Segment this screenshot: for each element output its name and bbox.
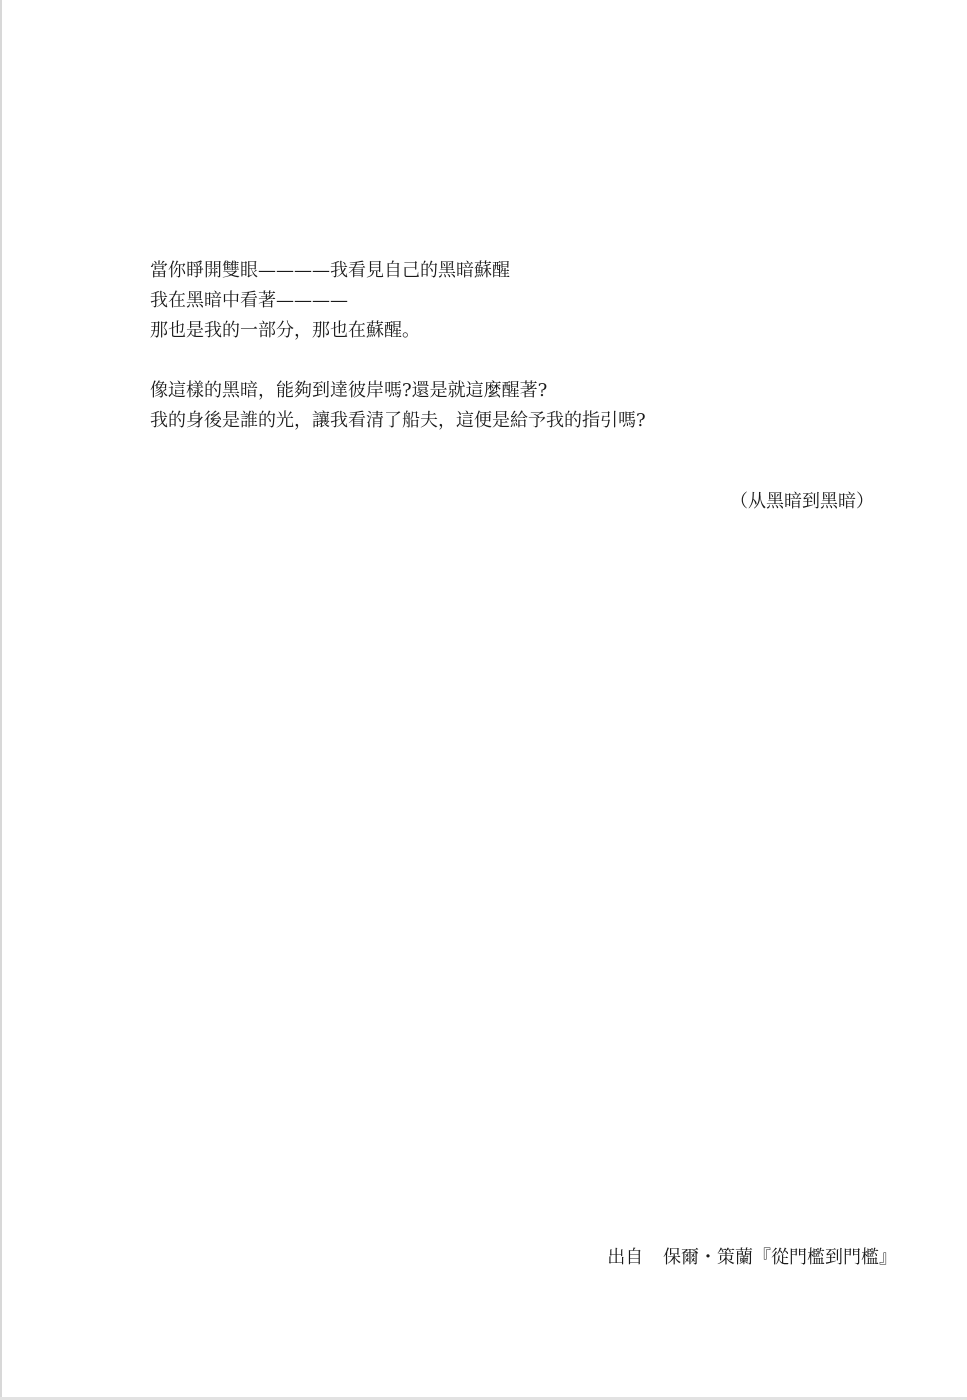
poem-line: 我在黑暗中看著———— <box>150 286 646 316</box>
source-prefix: 出自 <box>607 1247 643 1268</box>
poem-line: 當你睜開雙眼————我看見自己的黑暗蘇醒 <box>150 256 646 286</box>
source-author: 保爾・策蘭 <box>663 1247 753 1268</box>
stanza-2: 像這樣的黑暗，能夠到達彼岸嗎?還是就這麼醒著? 我的身後是誰的光，讓我看清了船夫… <box>150 376 646 436</box>
poem-body: 當你睜開雙眼————我看見自己的黑暗蘇醒 我在黑暗中看著———— 那也是我的一部… <box>150 256 646 436</box>
poem-title: （从黑暗到黑暗） <box>730 487 874 517</box>
source-citation: 出自 保爾・策蘭『從門檻到門檻』 <box>607 1243 897 1273</box>
stanza-1: 當你睜開雙眼————我看見自己的黑暗蘇醒 我在黑暗中看著———— 那也是我的一部… <box>150 256 646 346</box>
source-work: 『從門檻到門檻』 <box>753 1247 897 1268</box>
poem-line: 那也是我的一部分，那也在蘇醒。 <box>150 316 646 346</box>
poem-line: 像這樣的黑暗，能夠到達彼岸嗎?還是就這麼醒著? <box>150 376 646 406</box>
page-edge <box>0 0 2 1400</box>
poem-line: 我的身後是誰的光，讓我看清了船夫，這便是給予我的指引嗎? <box>150 406 646 436</box>
